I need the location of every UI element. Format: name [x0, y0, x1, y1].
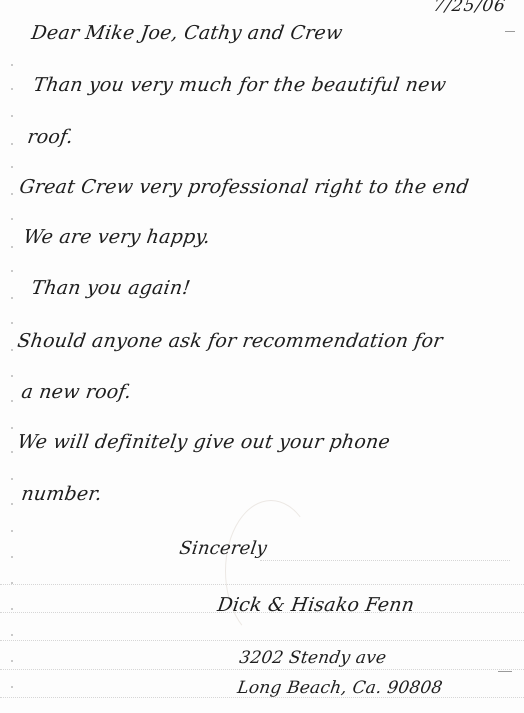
ruled-line	[0, 669, 524, 671]
letter-body-line: We are very happy.	[22, 226, 212, 248]
handwritten-letter-page: 7/25/06 Dear Mike Joe, Cathy and Crew Th…	[0, 0, 524, 713]
margin-dot	[11, 400, 13, 402]
margin-dot	[11, 322, 13, 324]
margin-dot	[11, 608, 13, 610]
margin-dot	[11, 530, 13, 532]
stray-mark	[505, 31, 515, 32]
letter-body-line: Than you very much for the beautiful new	[32, 74, 448, 96]
margin-dot	[11, 686, 13, 688]
margin-dot	[11, 270, 13, 272]
letter-body-line: roof.	[26, 126, 74, 148]
margin-dot	[11, 166, 13, 168]
margin-dot	[11, 556, 13, 558]
letter-body-line: Should anyone ask for recommendation for	[16, 330, 444, 352]
margin-dot	[11, 115, 13, 117]
margin-dot	[11, 503, 13, 505]
margin-dot	[11, 88, 13, 90]
letter-body-line: a new roof.	[20, 381, 133, 403]
letter-body-line: We will definitely give out your phone	[16, 431, 392, 453]
letter-greeting: Dear Mike Joe, Cathy and Crew	[30, 22, 344, 44]
address-city: Long Beach, Ca. 90808	[236, 678, 444, 698]
margin-dot	[11, 246, 13, 248]
margin-dot	[11, 634, 13, 636]
margin-dot	[11, 143, 13, 145]
letter-body-line: Great Crew very professional right to th…	[18, 176, 470, 198]
margin-dot	[11, 297, 13, 299]
letter-signature: Dick & Hisako Fenn	[216, 594, 416, 616]
paper-fold-mark	[225, 500, 317, 642]
stray-mark	[498, 671, 512, 672]
margin-dot	[11, 218, 13, 220]
letter-body-line: number.	[20, 483, 103, 505]
margin-dot	[11, 375, 13, 377]
margin-dot	[11, 451, 13, 453]
margin-dot	[11, 660, 13, 662]
letter-closing: Sincerely	[178, 538, 268, 559]
margin-dot	[11, 193, 13, 195]
margin-dot	[11, 478, 13, 480]
letter-body-line: Than you again!	[30, 277, 192, 299]
letter-date: 7/25/06	[432, 0, 507, 16]
margin-dot	[11, 64, 13, 66]
address-street: 3202 Stendy ave	[238, 648, 388, 668]
margin-dot	[11, 349, 13, 351]
margin-dot	[11, 427, 13, 429]
